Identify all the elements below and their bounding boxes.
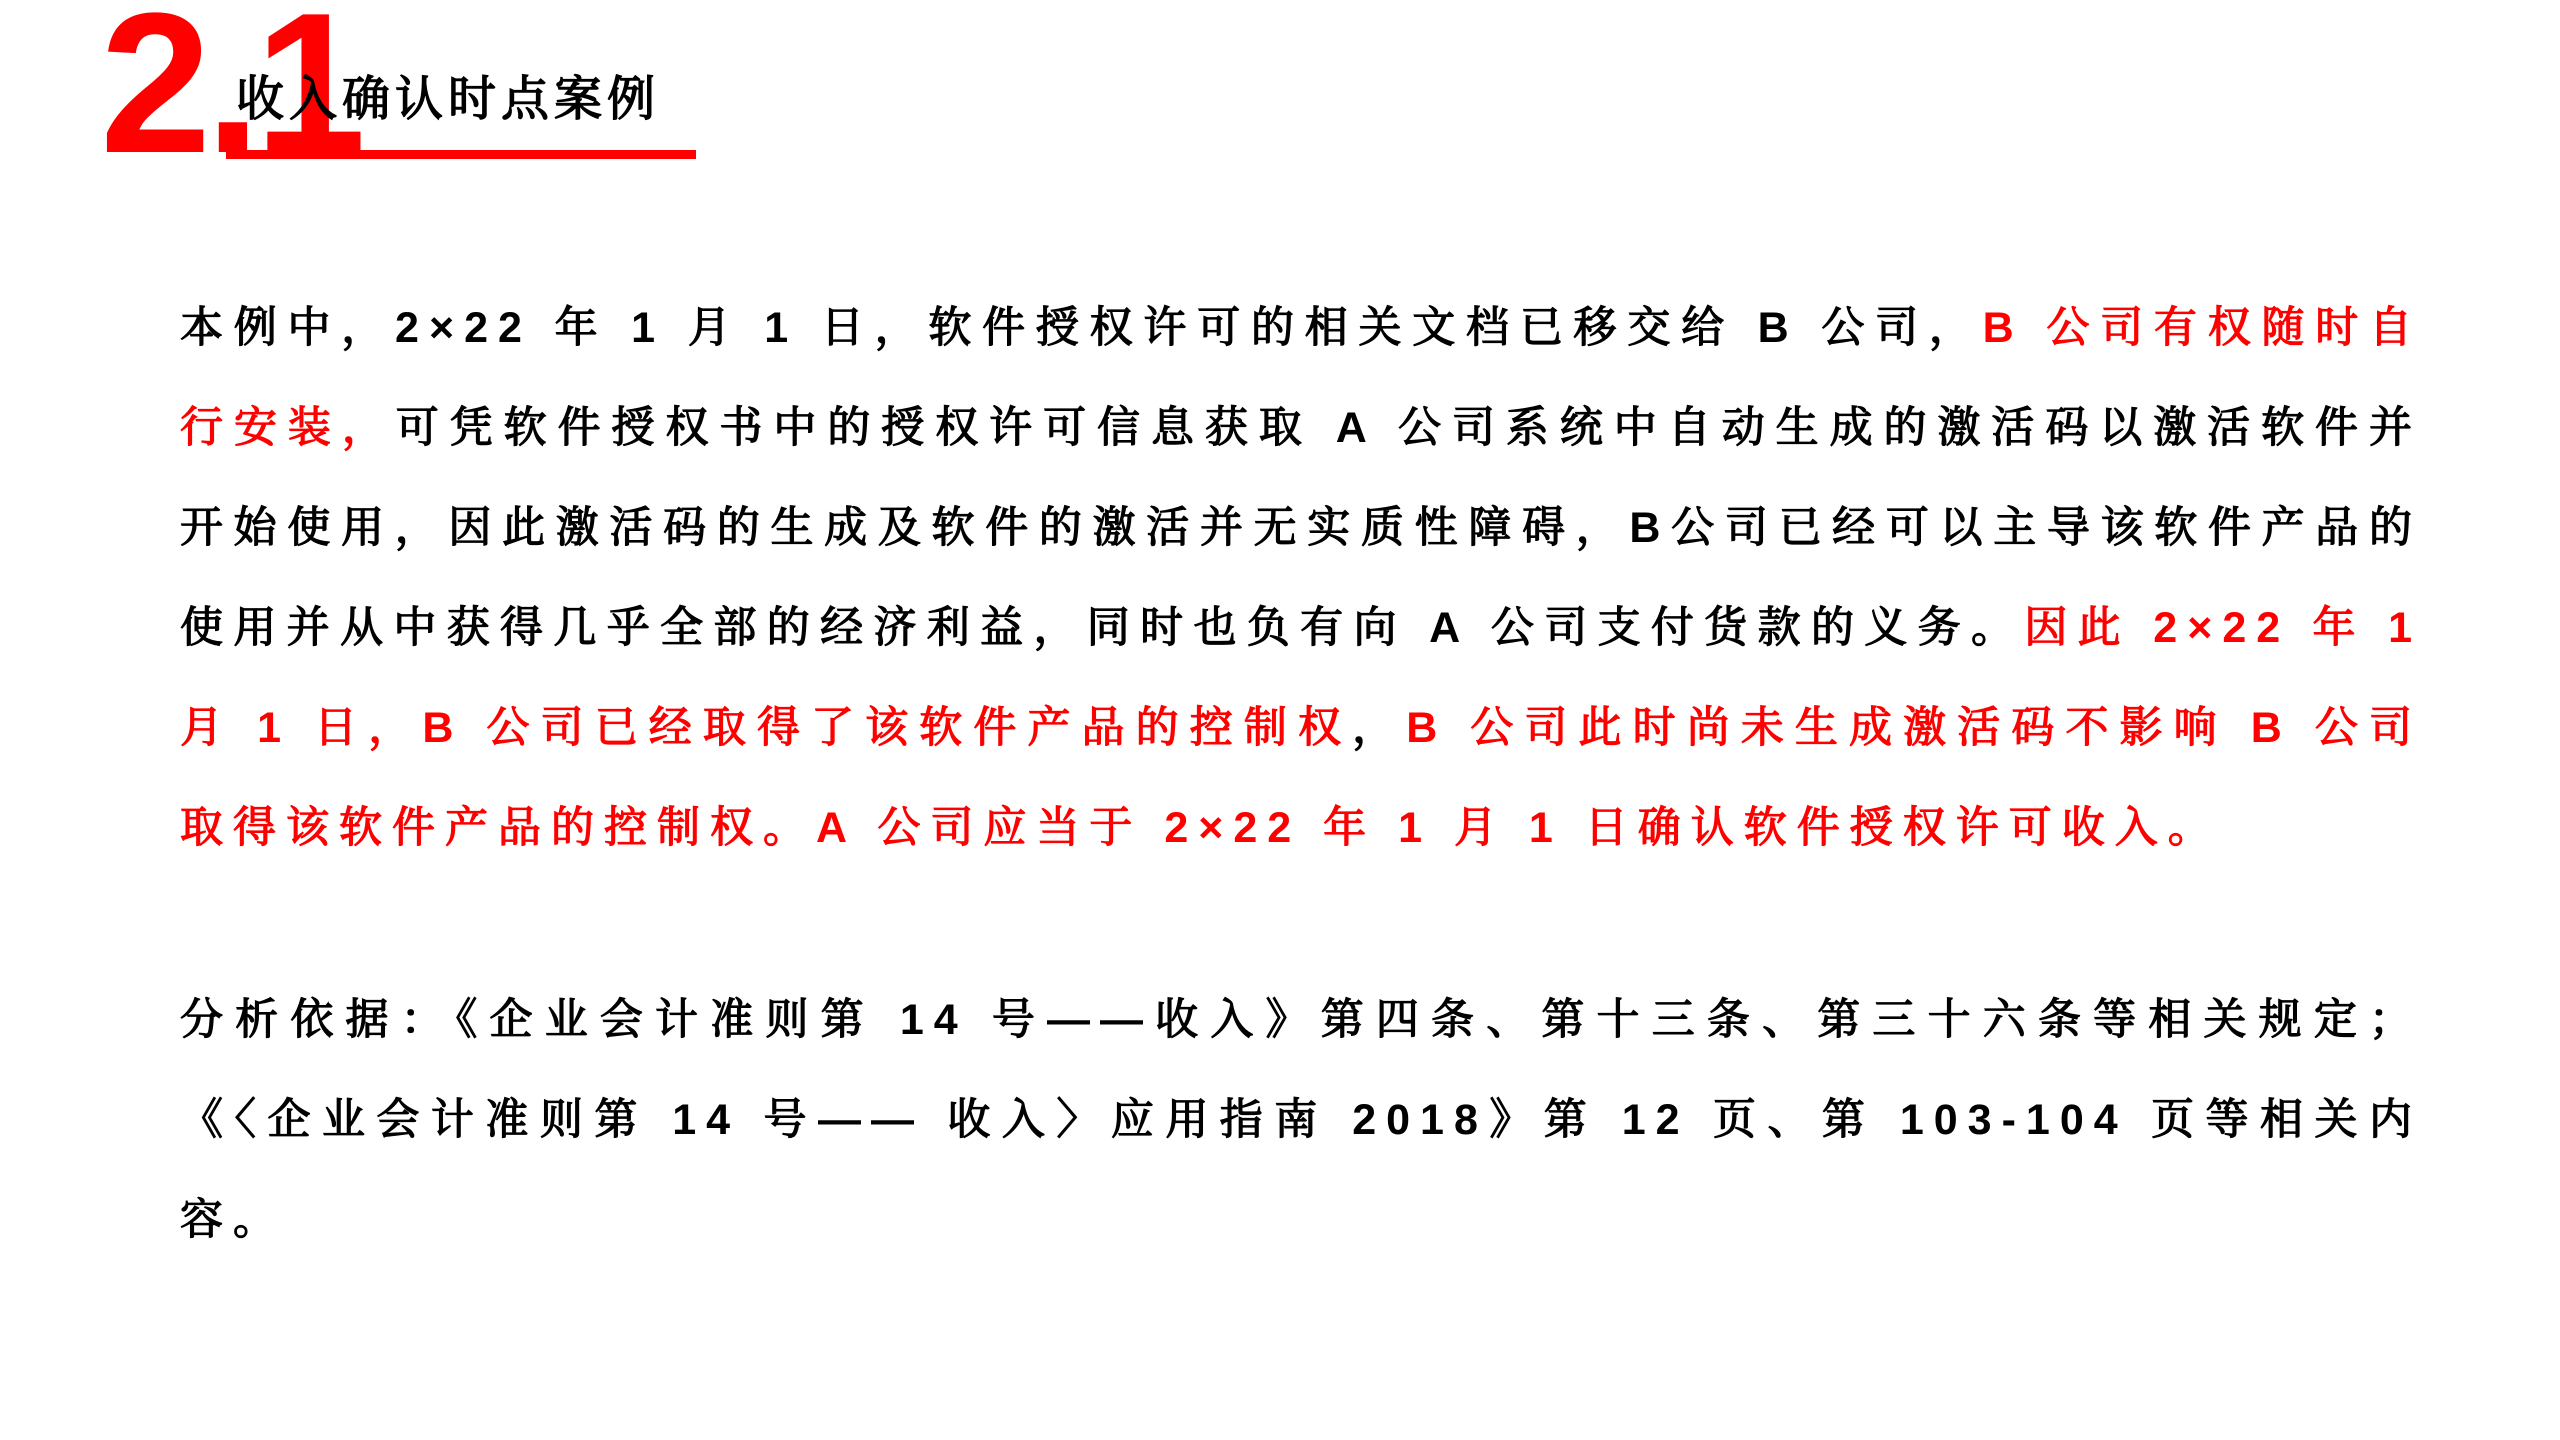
case-analysis-paragraph: 本例中，2×22 年 1 月 1 日，软件授权许可的相关文档已移交给 B 公司，… xyxy=(180,278,2422,878)
slide-content: 本例中，2×22 年 1 月 1 日，软件授权许可的相关文档已移交给 B 公司，… xyxy=(180,278,2422,1270)
page-title: 收入确认时点案例 xyxy=(236,76,660,124)
slide: 2.1 收入确认时点案例 本例中，2×22 年 1 月 1 日，软件授权许可的相… xyxy=(0,0,2560,1440)
slide-header: 2.1 收入确认时点案例 xyxy=(0,0,2560,260)
text-segment-black: 分析依据：《企业会计准则第 14 号——收入》第四条、第十三条、第三十六条等相关… xyxy=(180,996,2422,1244)
analysis-basis-paragraph: 分析依据：《企业会计准则第 14 号——收入》第四条、第十三条、第三十六条等相关… xyxy=(180,970,2422,1270)
text-segment-black: 本例中，2×22 年 1 月 1 日，软件授权许可的相关文档已移交给 B 公司， xyxy=(180,304,1983,352)
text-segment-black: ， xyxy=(1352,704,1406,752)
